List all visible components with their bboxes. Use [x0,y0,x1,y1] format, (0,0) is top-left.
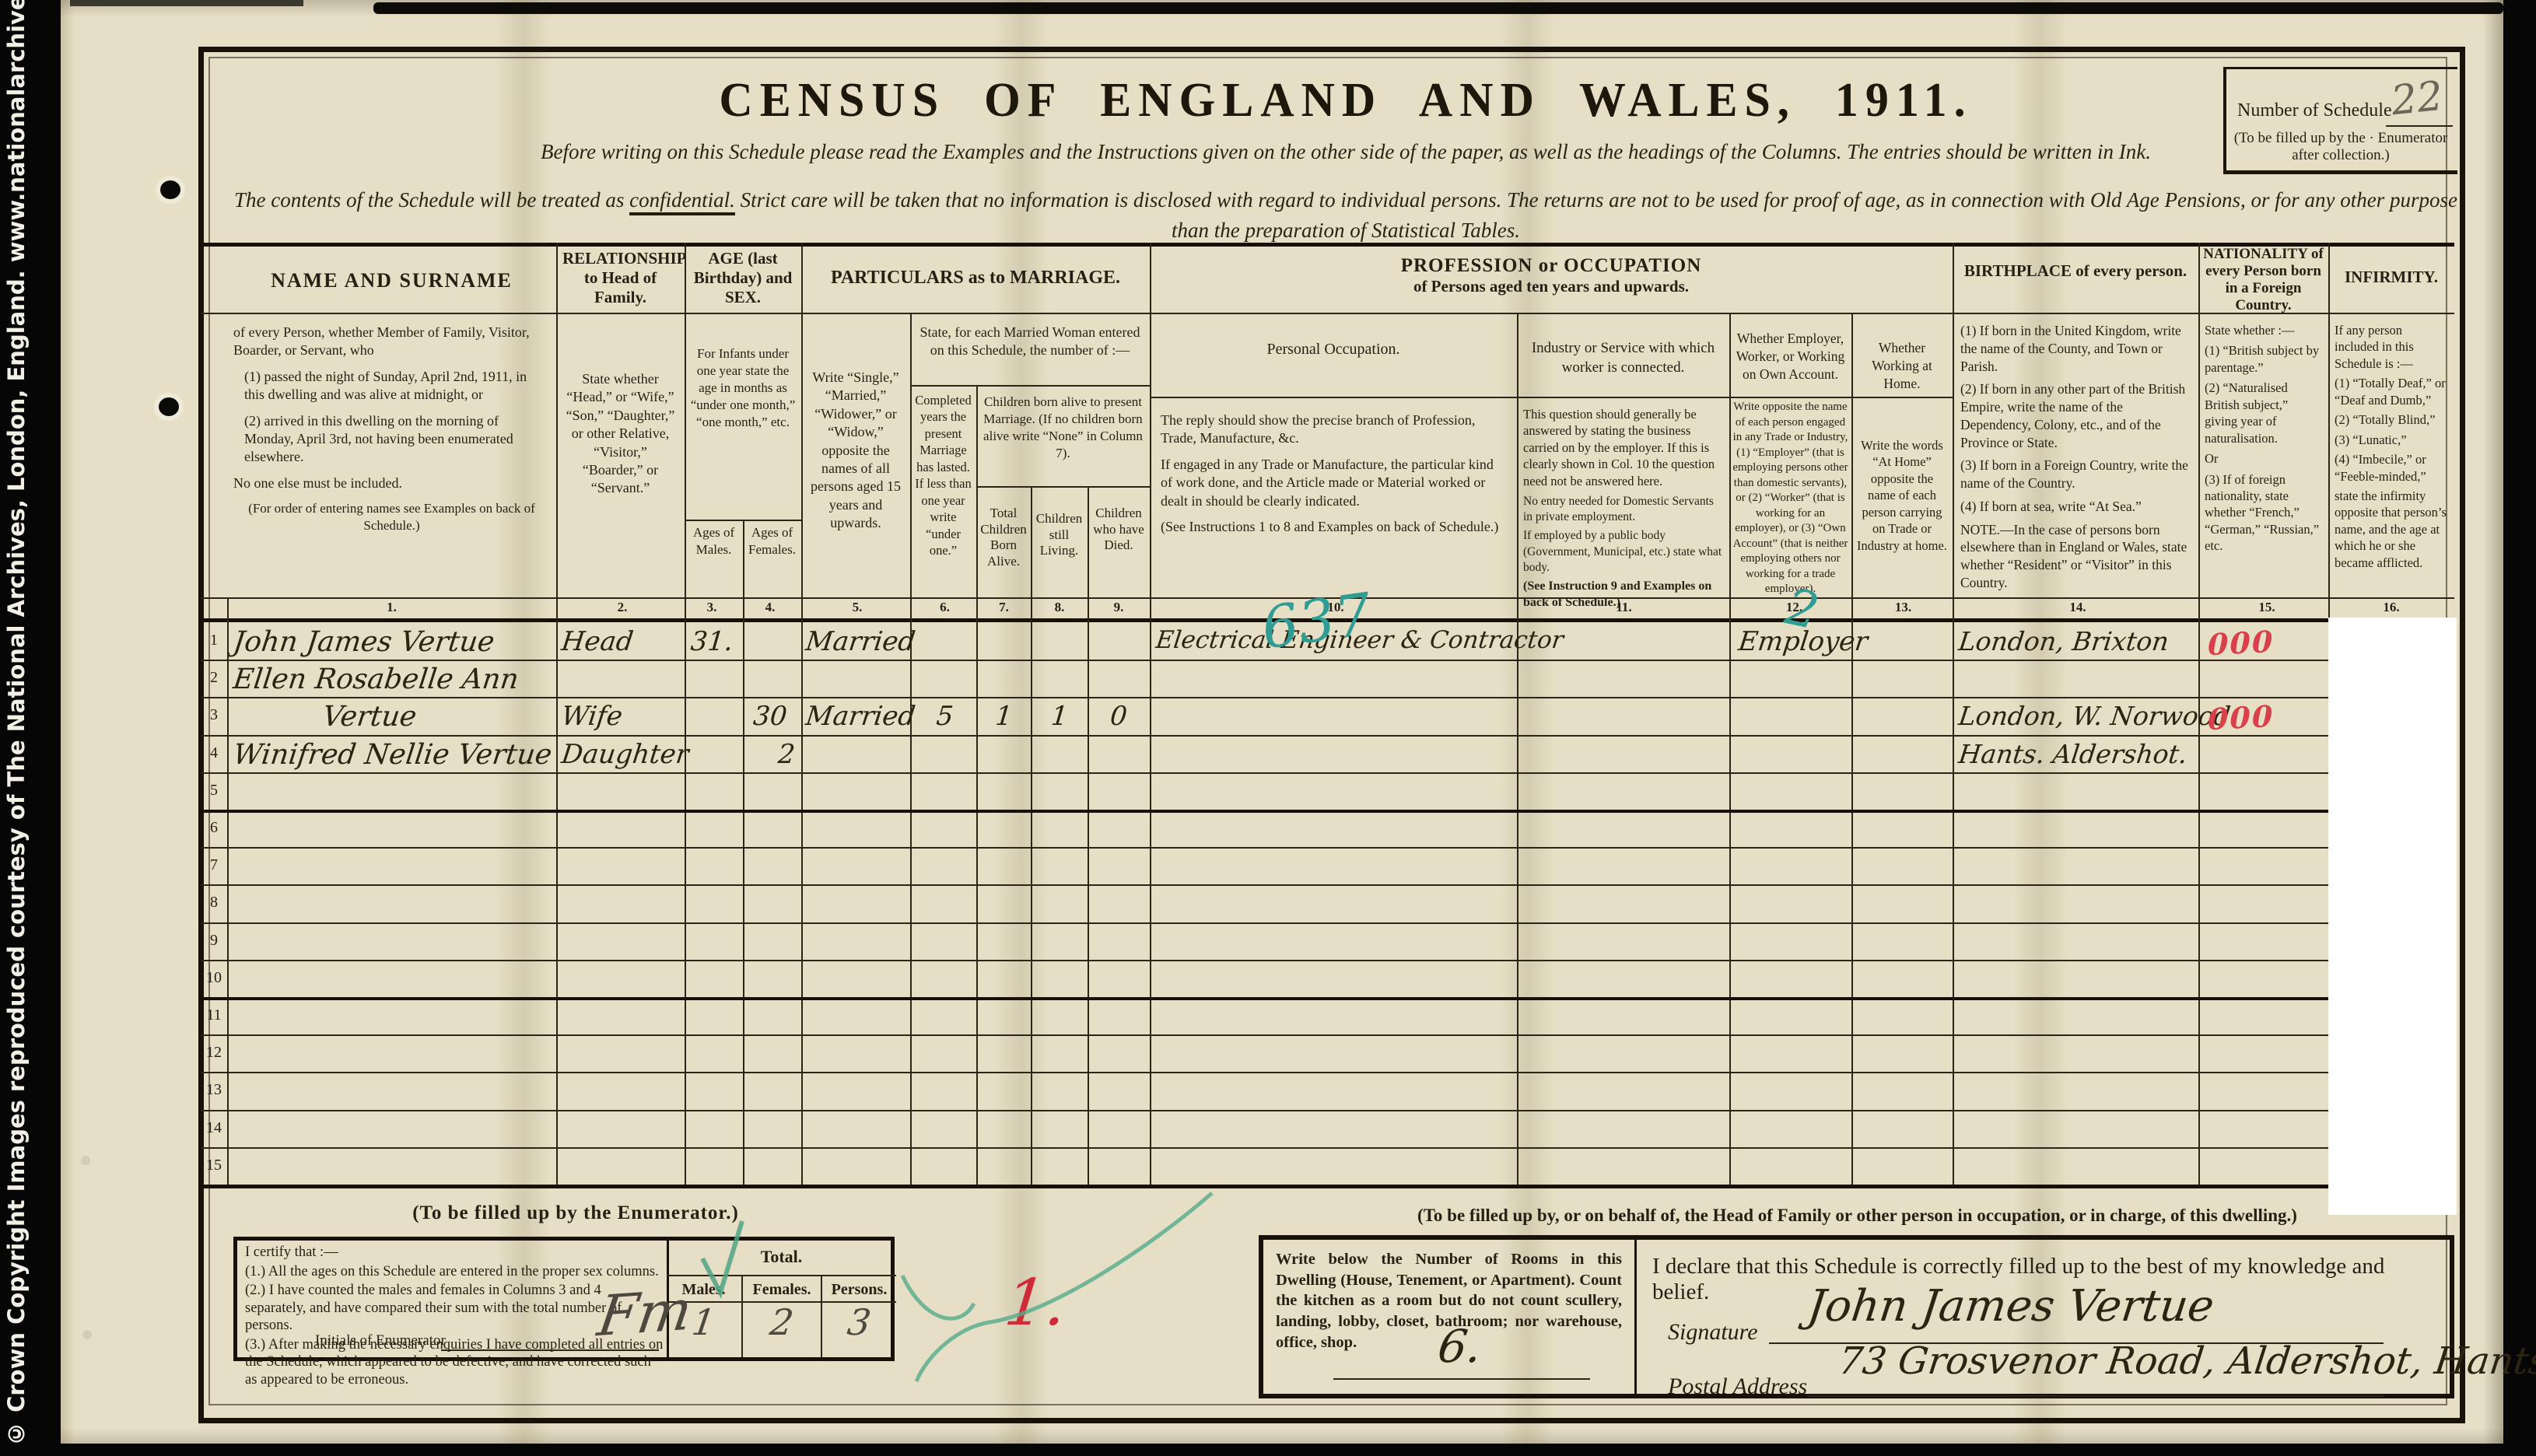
grid-line [201,772,2454,774]
grid-line [201,884,2454,886]
span: Whether Employer, Worker, or Working on … [1736,331,1845,382]
row-number: 13 [201,1081,227,1099]
span: Write “Single,” “Married,” “Widower,” or… [811,369,901,530]
postal-address-line [1808,1395,2384,1397]
span: than the preparation of Statistical Tabl… [1172,219,1520,242]
span: Ages of Males. [693,525,734,557]
cell-relationship: Daughter [560,741,690,768]
p: This question should generally be answer… [1523,406,1723,489]
span: Children still Living. [1036,511,1083,558]
enumerator-box: I certify that :— (1.) All the ages on t… [233,1237,895,1361]
enumerator-initials-value: Fm [594,1282,695,1344]
ht: BIRTHPLACE of every person. [1964,261,2187,280]
span: State whether “Head,” or “Wife,” “Son,” … [566,371,675,495]
col-header-age-females: Ages of Females. [743,523,801,597]
p: (1.) All the ages on this Schedule are e… [245,1263,665,1281]
p: state the infirmity opposite that person… [2335,488,2448,571]
column-number-14: 14. [1959,600,2197,615]
ht: PROFESSION or OCCUPATION [1156,255,1946,277]
grid-line [1729,313,1731,1185]
row-number: 1 [201,632,227,649]
column-number-9: 9. [1089,600,1148,615]
confidential-underlined: confidential. [629,188,735,215]
scan-edge-smudge [70,0,303,6]
col-header-employer: Whether Employer, Worker, or Working on … [1729,325,1851,395]
instruction-line: Before writing on this Schedule please r… [257,140,2435,164]
rooms-cell: Write below the Number of Rooms in this … [1263,1240,1637,1394]
grid-line [201,847,2454,849]
rooms-value: 6. [1435,1324,1484,1369]
grid-line [227,597,229,1185]
initials-label: Initials of Enumerator [315,1332,446,1349]
grid-line [1517,313,1518,1185]
ht: PARTICULARS as to MARRIAGE. [831,268,1120,288]
totals-title: Total. [667,1247,896,1267]
column-number-3: 3. [686,600,737,615]
row-number: 14 [201,1119,227,1137]
p: No one else must be included. [233,474,550,492]
census-schedule-scan: © Crown Copyright Images reproduced cour… [0,0,2536,1456]
punch-hole [82,1330,92,1339]
span: Children who have Died. [1093,506,1144,552]
page-title: CENSUS OF ENGLAND AND WALES, 1911. [335,72,2357,128]
column-number-8: 8. [1033,600,1086,615]
col-header-profession-group: PROFESSION or OCCUPATION of Persons aged… [1150,250,1953,313]
grid-line [685,243,686,1185]
schedule-number-value: 22 [2389,73,2445,125]
cell-nationality: 000 [2208,627,2274,660]
grid-line [201,922,2454,924]
enumerator-caption: (To be filled up by the Enumerator.) [257,1202,895,1224]
annotation-occupation-code: 637 [1259,586,1375,658]
grid-line [201,960,2454,961]
column-number-16: 16. [2328,600,2454,615]
col-header-name-body: of every Person, whether Member of Famil… [227,319,556,597]
row-number: 9 [201,932,227,950]
row-number: 11 [201,1006,227,1024]
span: Ages of Females. [748,525,796,557]
totals-col-females: Females. [743,1281,821,1299]
p: (2) “Naturalised British subject,” givin… [2205,380,2322,446]
grid-line [1851,313,1853,1185]
grid-line-heavy [201,810,2454,813]
span: Write opposite the name of each person e… [1732,401,1848,595]
scan-edge-smudge [373,2,2503,14]
grid-line [1150,243,1151,1185]
p: (1) If born in the United Kingdom, write… [1960,322,2191,375]
col-header-name: NAME AND SURNAME [227,247,556,313]
row-number: 6 [201,819,227,837]
row-number: 15 [201,1157,227,1174]
span: Personal Occupation. [1266,341,1399,358]
grid-line [743,520,744,1185]
cell-age_f: 2 [772,741,801,768]
p: (3) “Lunatic,” [2335,432,2448,448]
p: (1) “British subject by parentage.” [2205,342,2322,376]
punch-hole [159,397,179,416]
grid-line [910,385,1150,387]
row-number: 3 [201,706,227,724]
confidential-paragraph: The contents of the Schedule will be tre… [218,185,2474,246]
cell-age_m: 31. [685,628,739,655]
grid-line [1088,486,1089,1185]
row-number: 8 [201,894,227,912]
p: (2) If born in any other part of the Bri… [1960,380,2191,451]
column-number-1: 1. [227,600,556,615]
cell-born: 1 [978,703,1031,730]
cell-birthplace: London, Brixton [1957,628,2170,654]
cell-years: 5 [914,703,976,730]
p: (2) “Totally Blind,” [2335,411,2448,428]
cell-birthplace: Hants. Aldershot. [1957,741,2189,767]
p: (2) arrived in this dwelling on the morn… [233,412,550,467]
ht: INFIRMITY. [2345,268,2438,286]
col-header-birthplace: BIRTHPLACE of every person. [1953,250,2198,313]
p: No entry needed for Domestic Servants in… [1523,494,1723,525]
cell-name: John James Vertue [232,628,496,656]
row-number: 7 [201,856,227,874]
p: Or [2205,450,2322,467]
p: (3) If of foreign nationality, state whe… [2205,471,2322,555]
grid-line [201,1072,2454,1073]
householder-caption: (To be filled up by, or on behalf of, th… [1260,1206,2454,1226]
span: Children born alive to present Marriage.… [983,394,1143,460]
col-header-birthplace-body: (1) If born in the United Kingdom, write… [1953,319,2198,597]
col-header-infirmity-body: If any person included in this Schedule … [2328,319,2454,597]
col-header-relationship-body: State whether “Head,” or “Wife,” “Son,” … [556,366,685,597]
schedule-number-note: (To be filled up by the · Enumerator aft… [2228,130,2454,164]
redaction-box [2328,618,2457,1215]
col-header-age: AGE (last Birthday) and SEX. [685,244,801,313]
postal-address-label: Postal Address [1668,1374,1807,1400]
grid-line [910,313,912,1185]
p: I certify that :— [245,1244,665,1262]
col-header-age-body: For Infants under one year state the age… [685,342,801,498]
grid-line [976,486,1150,488]
col-header-personal-occupation: Personal Occupation. [1150,334,1517,395]
span: State, for each Married Woman entered on… [919,324,1140,358]
column-number-15: 15. [2208,600,2326,615]
row-number: 12 [201,1044,227,1062]
p: State whether :— [2205,322,2322,338]
cell-marriage: Married [804,703,917,730]
col-header-living: Children still Living. [1031,509,1088,597]
col-header-married-woman: State, for each Married Woman entered on… [910,320,1150,383]
col-header-at-home: Whether Working at Home. [1851,334,1953,395]
grid-line-heavy [201,243,2454,247]
grid-line [556,243,558,1185]
column-number-11: 11. [1521,600,1727,615]
cell-living: 1 [1032,703,1088,730]
cell-name: Ellen Rosabelle Ann [232,666,520,694]
p: (1) passed the night of Sunday, April 2n… [233,368,550,404]
ht: AGE (last Birthday) and SEX. [694,249,793,306]
cell-marriage: Married [804,628,917,655]
cell-birthplace: London, W. Norwood. [1957,703,2240,729]
punch-hole [160,180,180,199]
cell-age_f: 30 [740,703,801,730]
grid-line-heavy [201,1185,2454,1188]
householder-box: Write below the Number of Rooms in this … [1259,1235,2454,1398]
vl [741,1275,743,1357]
schedule-number-line [2386,125,2453,127]
p: If engaged in any Trade or Manufacture, … [1161,456,1506,510]
column-number-7: 7. [979,600,1029,615]
column-number-2: 2. [562,600,683,615]
col-header-relationship: RELATIONSHIP to Head of Family. [556,244,685,313]
grid-line [201,1147,2454,1149]
col-header-at-home-body: Write the words “At Home” opposite the n… [1851,436,1953,597]
p: (1) “Totally Deaf,” or “Deaf and Dumb,” [2335,375,2448,408]
p: (See Instructions 1 to 8 and Examples on… [1161,518,1506,536]
p: (3) If born in a Foreign Country, write … [1960,457,2191,492]
grid-line [1031,486,1032,1185]
span: Strict care will be taken that no inform… [735,188,2457,212]
col-header-personal-body: The reply should show the precise branch… [1150,408,1517,597]
p: If employed by a public body (Government… [1523,528,1723,575]
cell-name: Vertue [321,703,419,731]
ht: NAME AND SURNAME [271,269,513,292]
punch-hole [81,1156,90,1165]
col-header-children: Children born alive to present Marriage.… [976,390,1150,484]
col-header-marriage-group: PARTICULARS as to MARRIAGE. [801,247,1150,313]
rooms-line [1333,1378,1590,1380]
totals-col-persons: Persons. [822,1281,896,1299]
p: (4) If born at sea, write “At Sea.” [1960,498,2191,516]
span: For Infants under one year state the age… [691,346,796,429]
p: The reply should show the precise branch… [1161,411,1506,448]
grid-line [201,735,2454,737]
p: (For order of entering names see Example… [233,500,550,534]
col-header-single-body: Write “Single,” “Married,” “Widower,” or… [801,366,910,597]
cell-relationship: Head [560,628,635,655]
copyright-strip: © Crown Copyright Images reproduced cour… [3,16,48,1447]
col-header-employer-body: Write opposite the name of each person e… [1729,398,1851,597]
annotation-red-one: 1. [1001,1266,1070,1340]
col-header-died: Children who have Died. [1088,504,1150,597]
cell-nationality: 000 [2208,702,2274,734]
cell-relationship: Wife [560,703,624,730]
schedule-number-box: Number of Schedule 22 (To be filled up b… [2223,67,2457,174]
totals-value-females: 2 [740,1301,824,1343]
cell-name: Winifred Nellie Vertue [232,741,554,769]
grid-line [1150,397,1953,398]
span: Industry or Service with which worker is… [1532,340,1715,376]
col-header-nationality: NATIONALITY of every Person born in a Fo… [2198,243,2328,313]
p: If any person included in this Schedule … [2335,322,2448,372]
p: NOTE.—In the case of persons born elsewh… [1960,521,2191,592]
grid-line [201,1034,2454,1036]
ht: NATIONALITY of every Person born in a Fo… [2203,246,2324,313]
p: of every Person, whether Member of Famil… [233,324,550,360]
initials-line [441,1349,659,1351]
col-header-age-males: Ages of Males. [685,523,743,597]
row-number: 2 [201,669,227,687]
grid-line [801,243,803,1185]
col-header-industry-body: This question should generally be answer… [1517,404,1729,597]
col-header-industry: Industry or Service with which worker is… [1517,334,1729,395]
row-number: 5 [201,782,227,800]
schedule-number-label: Number of Schedule [2237,100,2392,121]
grid-line [201,1110,2454,1111]
totals-value-persons: 3 [819,1301,899,1343]
grid-line [976,385,978,1185]
column-number-4: 4. [741,600,800,615]
column-number-13: 13. [1855,600,1951,615]
column-number-5: 5. [806,600,909,615]
grid-line [201,697,2454,698]
col-header-infirmity: INFIRMITY. [2328,250,2454,313]
ht: RELATIONSHIP to Head of Family. [562,249,686,306]
grid-line [1953,243,1954,1185]
row-number: 10 [201,969,227,987]
span: Completed years the present Marriage has… [915,393,971,558]
postal-address-value: 73 Grosvenor Road, Aldershot, Hants, [1837,1342,2536,1380]
hl-tot [667,1275,896,1276]
row-number: 4 [201,744,227,762]
signature-value: John James Vertue [1806,1285,2217,1328]
col-header-nationality-body: State whether :— (1) “British subject by… [2198,319,2328,597]
ht: of Persons aged ten years and upwards. [1156,277,1946,296]
span: Whether Working at Home. [1872,340,1932,391]
grid-line [201,313,2454,314]
p: (4) “Imbecile,” or “Feeble-minded,” [2335,451,2448,485]
span: Write the words “At Home” opposite the n… [1857,438,1947,553]
grid-line-heavy [201,997,2454,1000]
col-header-born: Total Children Born Alive. [976,504,1031,597]
grid-line [201,660,2454,661]
cell-died: 0 [1088,703,1150,730]
signature-label: Signature [1668,1319,1758,1346]
col-header-completed: Completed years the present Marriage has… [910,389,976,597]
span: The contents of the Schedule will be tre… [234,188,629,212]
span: Total Children Born Alive. [980,506,1027,569]
column-number-6: 6. [915,600,975,615]
